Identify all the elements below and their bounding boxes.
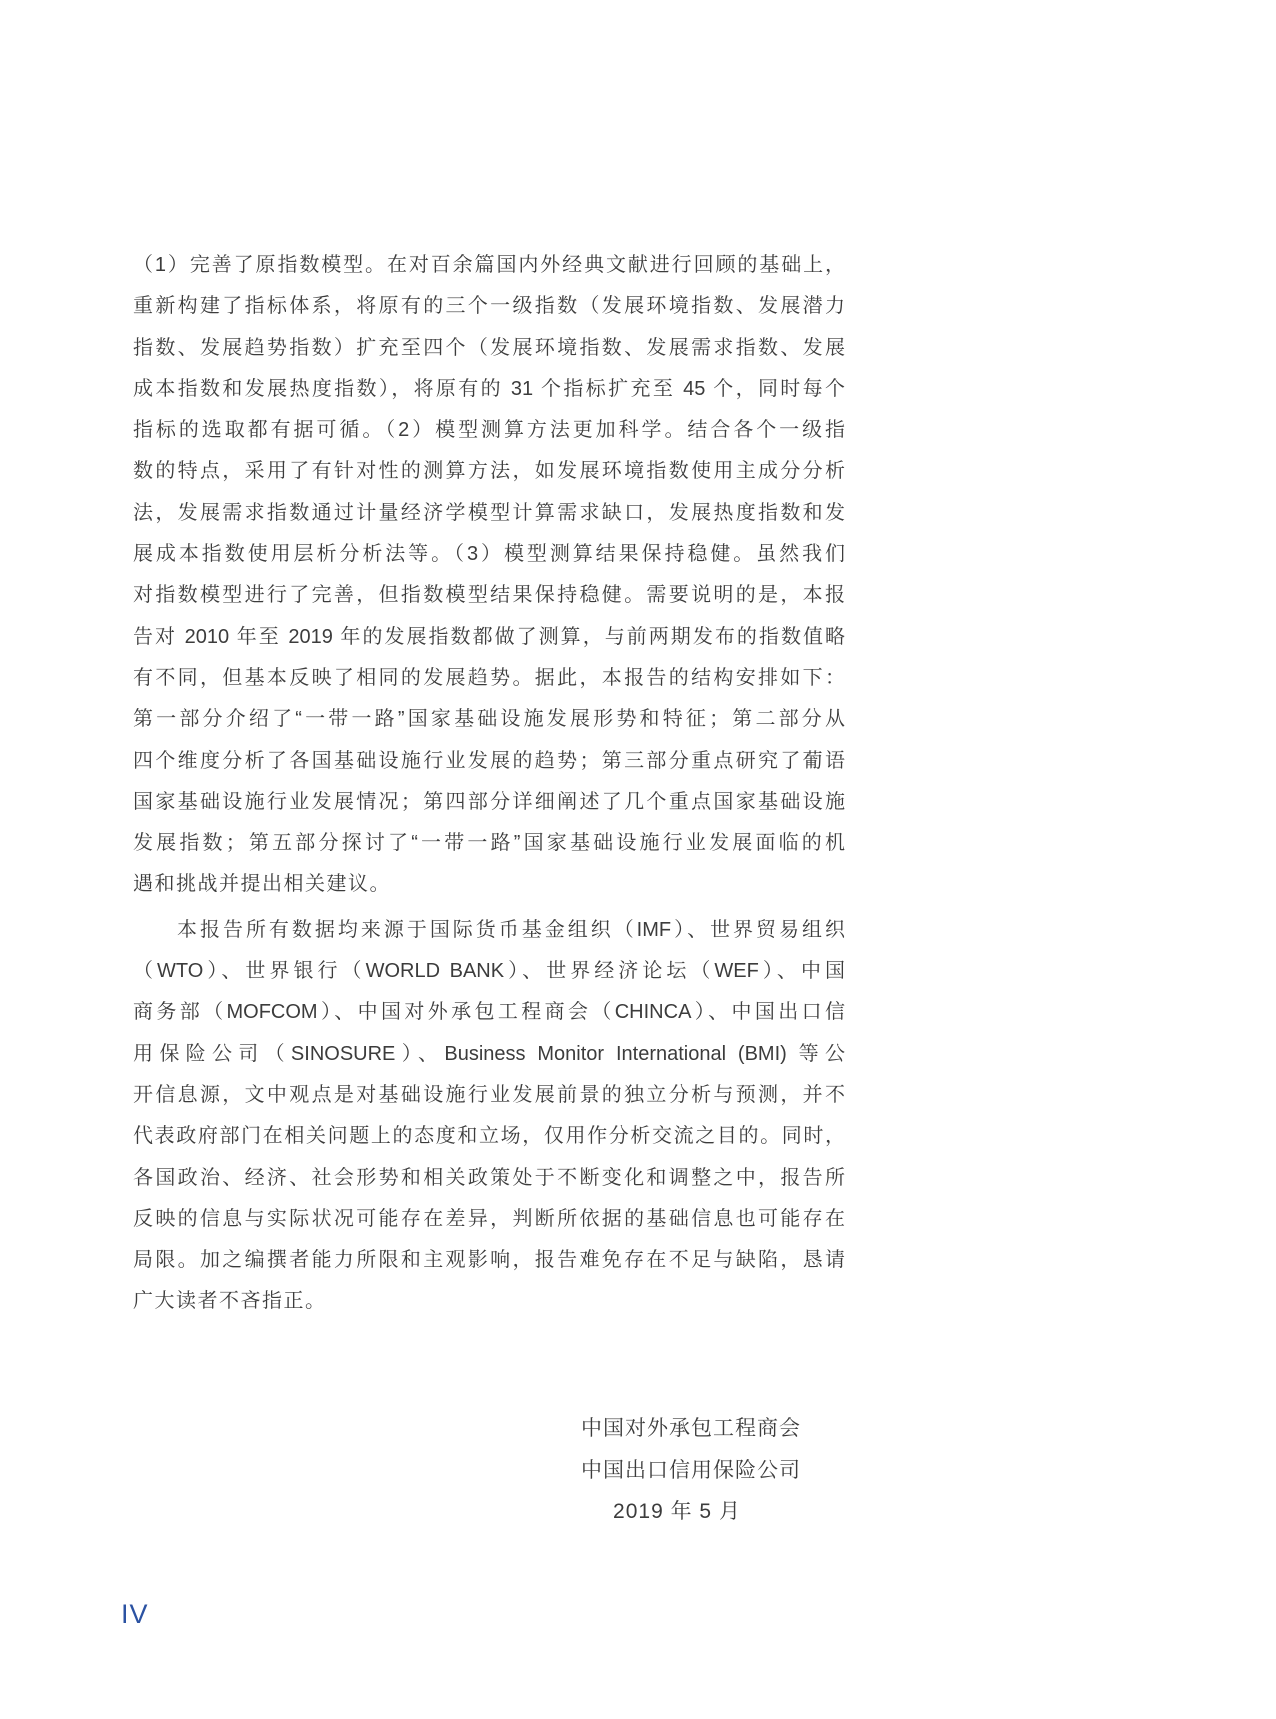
signature-org-1: 中国对外承包工程商会 xyxy=(441,1408,941,1450)
text-line: 法，发展需求指数通过计量经济学模型计算需求缺口，发展热度指数和发 xyxy=(133,493,845,534)
signature-date: 2019 年 5 月 xyxy=(441,1491,941,1533)
text-line: 用保险公司（SINOSURE）、Business Monitor Interna… xyxy=(133,1034,845,1075)
text-line: 代表政府部门在相关问题上的态度和立场，仅用作分析交流之目的。同时， xyxy=(133,1116,845,1157)
text-line: （WTO）、世界银行（WORLD BANK）、世界经济论坛（WEF）、中国 xyxy=(133,951,845,992)
text-line: 反映的信息与实际状况可能存在差异，判断所依据的基础信息也可能存在 xyxy=(133,1199,845,1240)
body-paragraph-2: 本报告所有数据均来源于国际货币基金组织（IMF）、世界贸易组织（WTO）、世界银… xyxy=(133,910,845,1323)
text-line: 展成本指数使用层析分析法等。（3）模型测算结果保持稳健。虽然我们 xyxy=(133,534,845,575)
signature-block: 中国对外承包工程商会 中国出口信用保险公司 2019 年 5 月 xyxy=(441,1408,941,1533)
text-line: 各国政治、经济、社会形势和相关政策处于不断变化和调整之中，报告所 xyxy=(133,1158,845,1199)
text-line: 局限。加之编撰者能力所限和主观影响，报告难免存在不足与缺陷，恳请 xyxy=(133,1240,845,1281)
text-line: 四个维度分析了各国基础设施行业发展的趋势；第三部分重点研究了葡语 xyxy=(133,741,845,782)
text-line: （1）完善了原指数模型。在对百余篇国内外经典文献进行回顾的基础上， xyxy=(133,245,845,286)
text-line: 商务部（MOFCOM）、中国对外承包工程商会（CHINCA）、中国出口信 xyxy=(133,992,845,1033)
text-line: 发展指数；第五部分探讨了“一带一路”国家基础设施行业发展面临的机 xyxy=(133,823,845,864)
body-text-block: （1）完善了原指数模型。在对百余篇国内外经典文献进行回顾的基础上，重新构建了指标… xyxy=(133,245,845,1323)
document-page: （1）完善了原指数模型。在对百余篇国内外经典文献进行回顾的基础上，重新构建了指标… xyxy=(0,0,1276,1719)
text-line: 第一部分介绍了“一带一路”国家基础设施发展形势和特征；第二部分从 xyxy=(133,699,845,740)
text-line: 开信息源，文中观点是对基础设施行业发展前景的独立分析与预测，并不 xyxy=(133,1075,845,1116)
text-line: 重新构建了指标体系，将原有的三个一级指数（发展环境指数、发展潜力 xyxy=(133,286,845,327)
text-line: 遇和挑战并提出相关建议。 xyxy=(133,864,845,905)
text-line: 有不同，但基本反映了相同的发展趋势。据此，本报告的结构安排如下： xyxy=(133,658,845,699)
page-number: IV xyxy=(121,1599,149,1629)
text-line: 广大读者不吝指正。 xyxy=(133,1281,845,1322)
text-line: 告对 2010 年至 2019 年的发展指数都做了测算，与前两期发布的指数值略 xyxy=(133,617,845,658)
text-line: 数的特点，采用了有针对性的测算方法，如发展环境指数使用主成分分析 xyxy=(133,451,845,492)
body-paragraph-1: （1）完善了原指数模型。在对百余篇国内外经典文献进行回顾的基础上，重新构建了指标… xyxy=(133,245,845,906)
text-line: 指标的选取都有据可循。（2）模型测算方法更加科学。结合各个一级指 xyxy=(133,410,845,451)
text-line: 本报告所有数据均来源于国际货币基金组织（IMF）、世界贸易组织 xyxy=(133,910,845,951)
text-line: 对指数模型进行了完善，但指数模型结果保持稳健。需要说明的是，本报 xyxy=(133,575,845,616)
text-line: 指数、发展趋势指数）扩充至四个（发展环境指数、发展需求指数、发展 xyxy=(133,328,845,369)
signature-org-2: 中国出口信用保险公司 xyxy=(441,1450,941,1492)
text-line: 成本指数和发展热度指数），将原有的 31 个指标扩充至 45 个，同时每个 xyxy=(133,369,845,410)
text-line: 国家基础设施行业发展情况；第四部分详细阐述了几个重点国家基础设施 xyxy=(133,782,845,823)
